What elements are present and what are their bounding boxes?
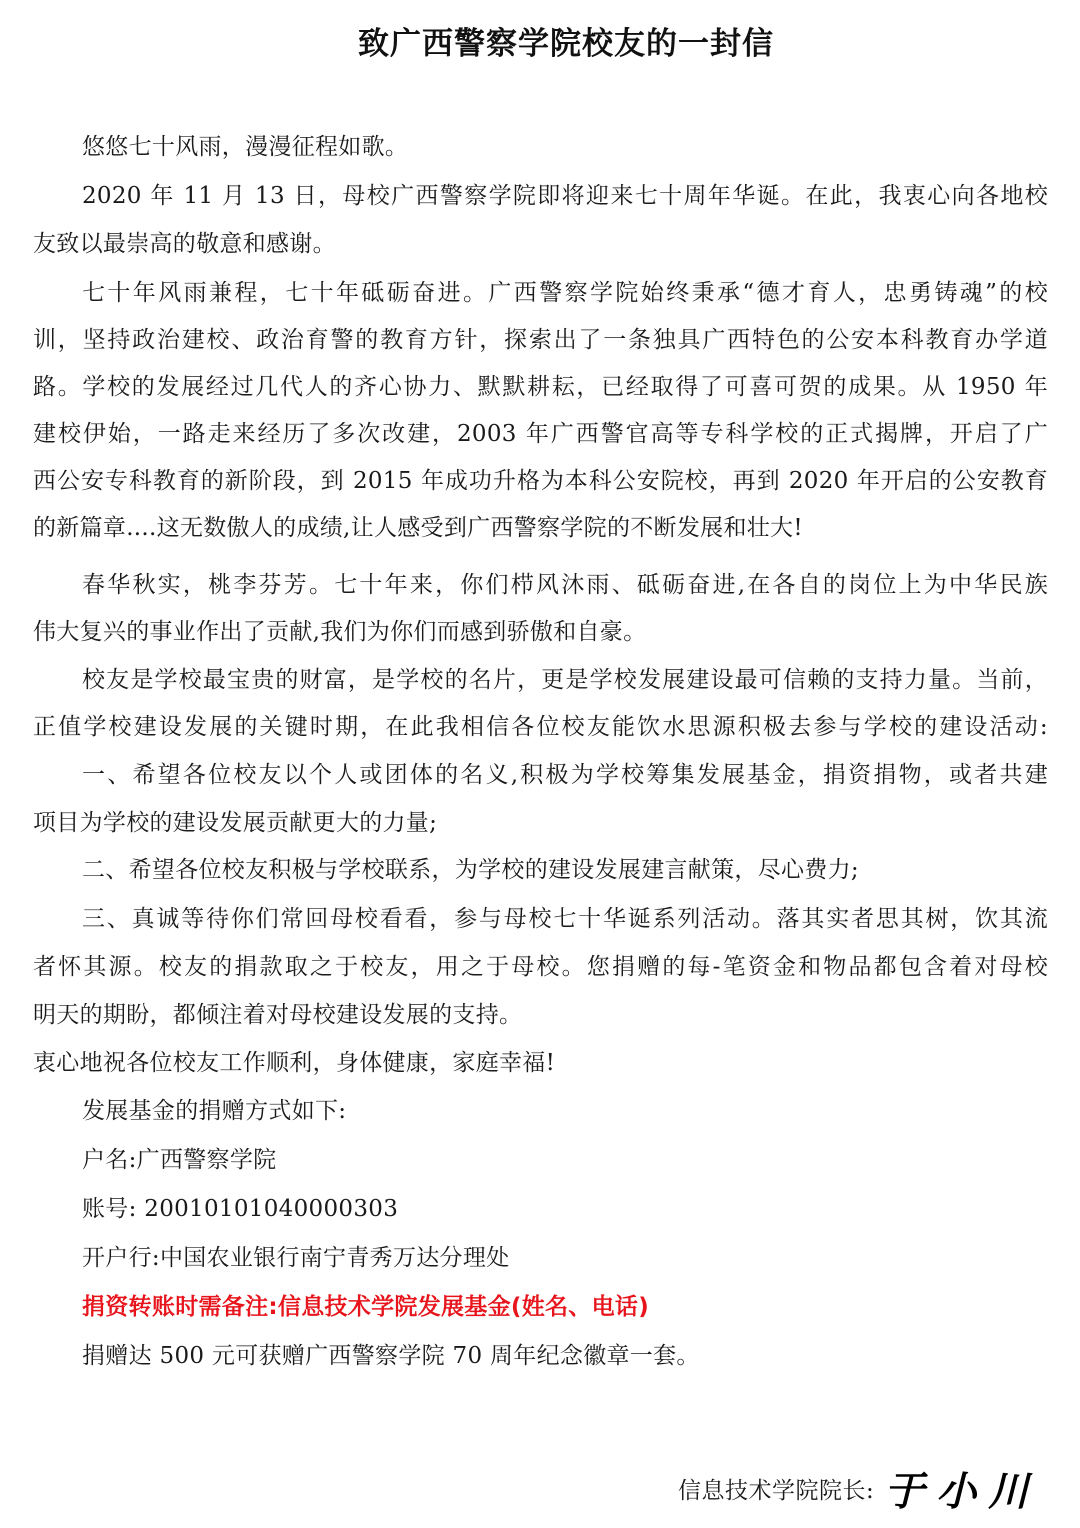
signature-block: 信息技术学院院长: 于小川 (678, 1460, 1040, 1517)
account-name: 户名:广西警察学院 (82, 1145, 1048, 1175)
closing-wish: 衷心地祝各位校友工作顺利，身体健康，家庭幸福! (33, 1048, 1048, 1078)
letter-line: 者怀其源。校友的捐款取之于校友，用之于母校。您捐赠的每-笔资金和物品都包含着对母… (33, 952, 1048, 982)
letter-line: 一、希望各位校友以个人或团体的名义,积极为学校筹集发展基金，捐资捐物，或者共建 (82, 760, 1048, 790)
letter-line: 伟大复兴的事业作出了贡献,我们为你们而感到骄傲和自豪。 (33, 617, 1048, 647)
letter-line: 七十年风雨兼程，七十年砥砺奋进。广西警察学院始终秉承“德才育人，忠勇铸魂”的校 (82, 278, 1048, 308)
transfer-note: 捐资转账时需备注:信息技术学院发展基金(姓名、电话) (82, 1292, 1048, 1322)
donation-reward: 捐赠达 500 元可获赠广西警察学院 70 周年纪念徽章一套。 (82, 1341, 1048, 1371)
letter-line: 的新篇章....这无数傲人的成绩,让人感受到广西警察学院的不断发展和壮大! (33, 513, 1048, 543)
signature-label: 信息技术学院院长: (678, 1472, 874, 1505)
letter-line: 正值学校建设发展的关键时期，在此我相信各位校友能饮水思源积极去参与学校的建设活动… (33, 712, 1048, 742)
letter-line: 校友是学校最宝贵的财富，是学校的名片，更是学校发展建设最可信赖的支持力量。当前， (82, 665, 1048, 695)
signature-name: 于小川 (884, 1460, 1040, 1517)
letter-line: 友致以最崇高的敬意和感谢。 (33, 229, 1048, 259)
letter-line: 2020 年 11 月 13 日，母校广西警察学院即将迎来七十周年华诞。在此，我… (82, 181, 1048, 211)
letter-line: 三、真诚等待你们常回母校看看，参与母校七十华诞系列活动。落其实者思其树，饮其流 (82, 904, 1048, 934)
letter-line: 项目为学校的建设发展贡献更大的力量; (33, 808, 1048, 838)
bank-name: 开户行:中国农业银行南宁青秀万达分理处 (82, 1243, 1048, 1273)
letter-line: 明天的期盼，都倾注着对母校建设发展的支持。 (33, 1000, 1048, 1030)
letter-line: 路。学校的发展经过几代人的齐心协力、默默耕耘，已经取得了可喜可贺的成果。从 19… (33, 372, 1048, 402)
letter-line: 春华秋实，桃李芬芳。七十年来，你们栉风沐雨、砥砺奋进,在各自的岗位上为中华民族 (82, 570, 1048, 600)
letter-line: 悠悠七十风雨，漫漫征程如歌。 (82, 132, 1048, 162)
letter-line: 训，坚持政治建校、政治育警的教育方针，探索出了一条独具广西特色的公安本科教育办学… (33, 325, 1048, 355)
account-number: 账号: 20010101040000303 (82, 1194, 1048, 1224)
letter-line: 西公安专科教育的新阶段，到 2015 年成功升格为本科公安院校，再到 2020 … (33, 466, 1048, 496)
letter-line: 建校伊始，一路走来经历了多次改建，2003 年广西警官高等专科学校的正式揭牌，开… (33, 419, 1048, 449)
donation-intro: 发展基金的捐赠方式如下: (82, 1096, 1048, 1126)
letter-title: 致广西警察学院校友的一封信 (0, 18, 1080, 63)
letter-line: 二、希望各位校友积极与学校联系，为学校的建设发展建言献策，尽心费力; (82, 855, 1048, 885)
